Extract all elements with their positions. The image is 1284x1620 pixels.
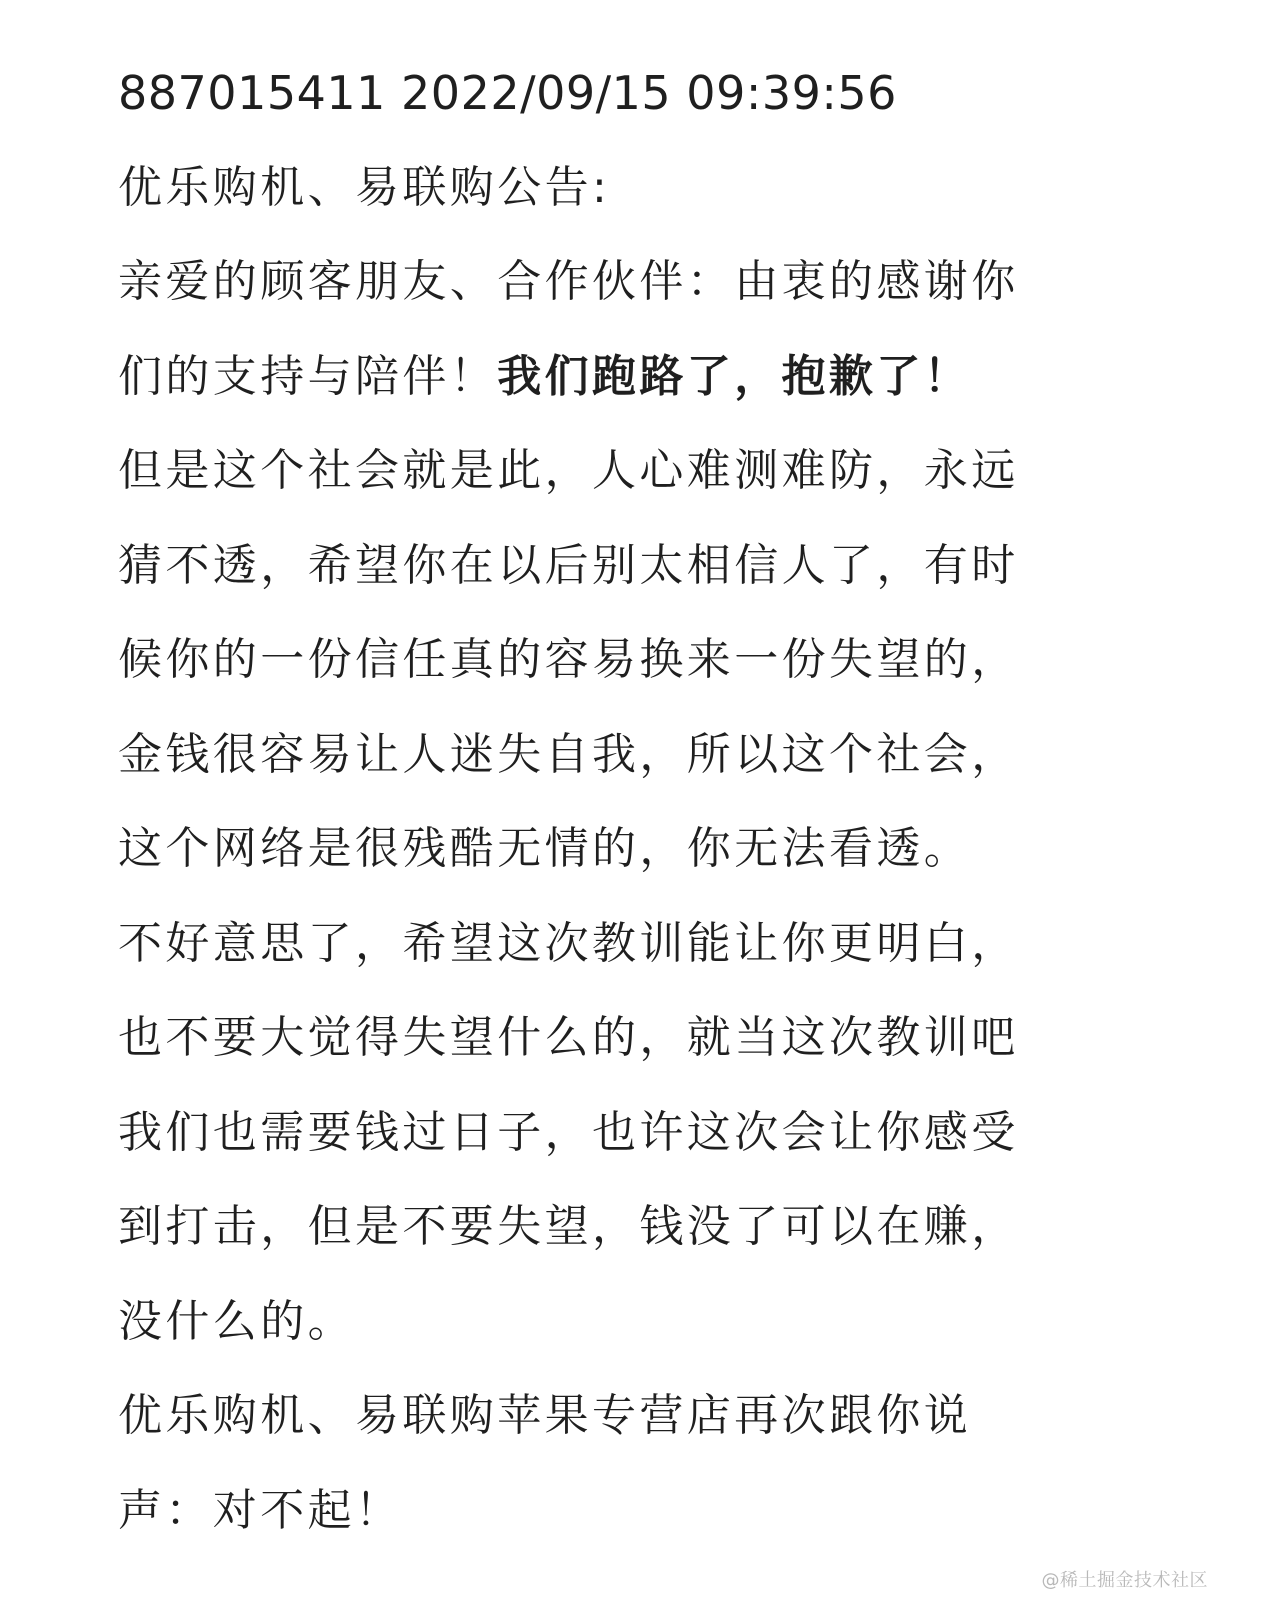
sender-id: 887015411: [118, 66, 386, 120]
notice-line: 也不要大觉得失望什么的，就当这次教训吧: [118, 1007, 1138, 1102]
notice-line: 亲爱的顾客朋友、合作伙伴：由衷的感谢你: [118, 251, 1138, 346]
notice-line: 们的支持与陪伴！我们跑路了，抱歉了！: [118, 346, 1138, 441]
notice-line: 不好意思了，希望这次教训能让你更明白，: [118, 913, 1138, 1008]
message-time: 09:39:56: [686, 66, 897, 120]
message-header: 887015411 2022/09/15 09:39:56: [118, 62, 1138, 157]
watermark: @稀土掘金技术社区: [1042, 1566, 1209, 1592]
notice-document: 887015411 2022/09/15 09:39:56 优乐购机、易联购公告…: [118, 62, 1138, 1574]
notice-line: 候你的一份信任真的容易换来一份失望的，: [118, 629, 1138, 724]
notice-line: 到打击，但是不要失望，钱没了可以在赚，: [118, 1196, 1138, 1291]
notice-line: 没什么的。: [118, 1291, 1138, 1386]
notice-line: 但是这个社会就是此，人心难测难防，永远: [118, 440, 1138, 535]
notice-line-text: 们的支持与陪伴！: [118, 351, 497, 402]
message-date: 2022/09/15: [401, 66, 671, 120]
notice-line: 猜不透，希望你在以后别太相信人了，有时: [118, 535, 1138, 630]
notice-line: 金钱很容易让人迷失自我，所以这个社会，: [118, 724, 1138, 819]
notice-title: 优乐购机、易联购公告:: [118, 157, 1138, 252]
notice-line: 我们也需要钱过日子，也许这次会让你感受: [118, 1102, 1138, 1197]
notice-line: 声：对不起！: [118, 1480, 1138, 1575]
notice-line-bold: 我们跑路了，抱歉了！: [497, 351, 971, 402]
notice-line: 这个网络是很残酷无情的，你无法看透。: [118, 818, 1138, 913]
notice-line: 优乐购机、易联购苹果专营店再次跟你说: [118, 1385, 1138, 1480]
